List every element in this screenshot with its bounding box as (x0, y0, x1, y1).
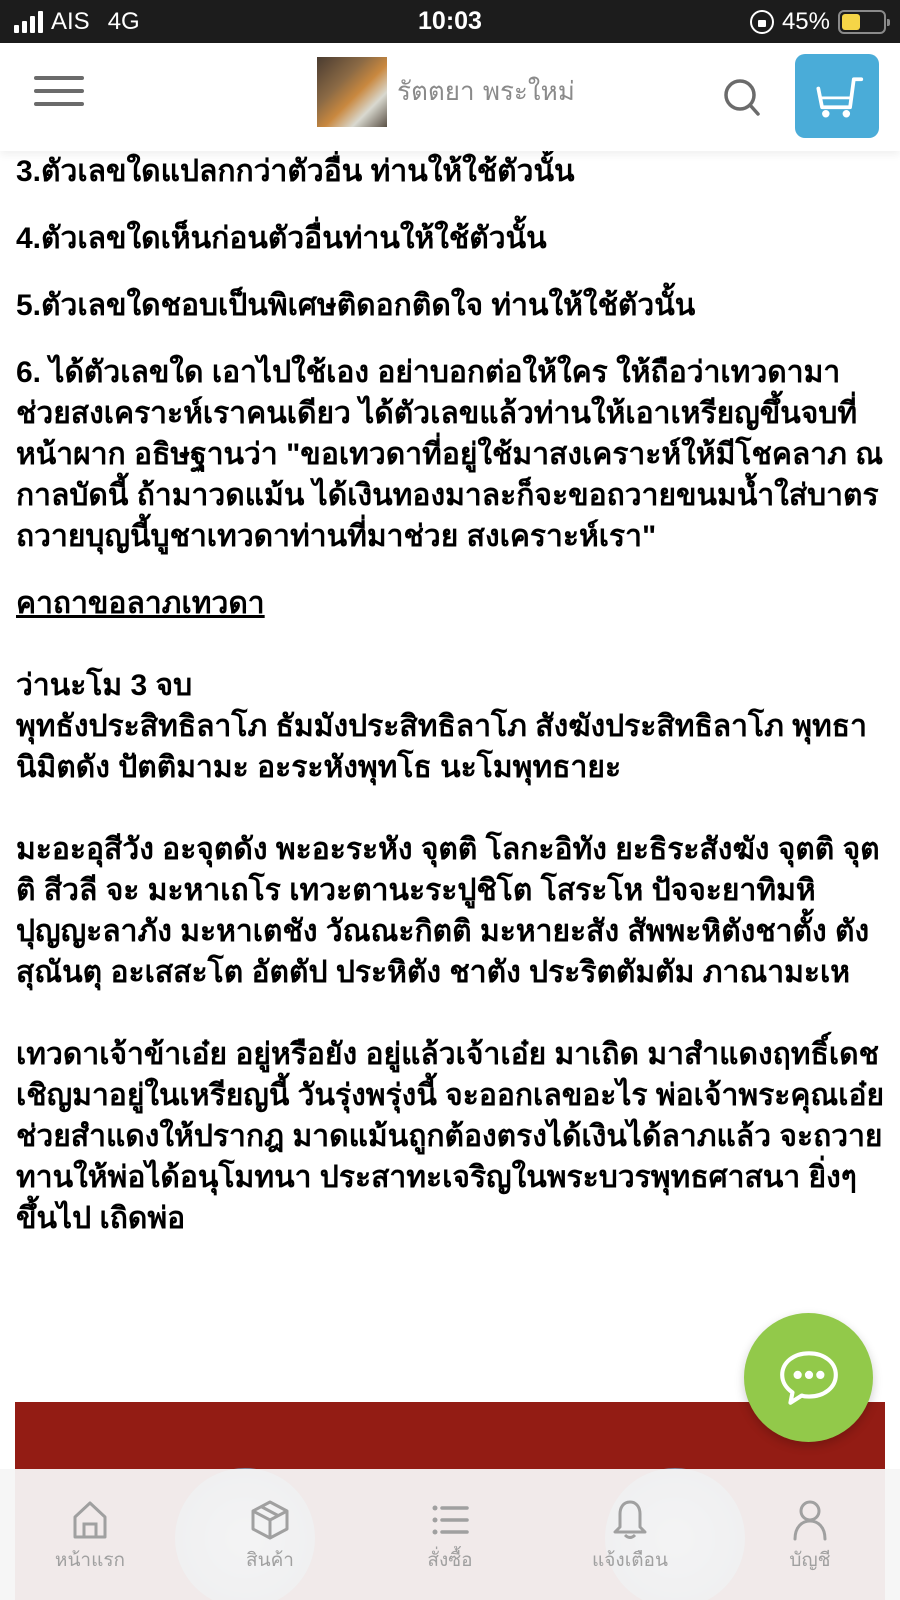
bell-icon (609, 1499, 651, 1541)
tip-item-4: 4.ตัวเลขใดเห็นก่อนตัวอื่นท่านให้ใช้ตัวนั… (16, 218, 886, 259)
nav-orders[interactable]: สั่งซื้อ (360, 1469, 540, 1600)
cart-button[interactable] (795, 54, 879, 138)
rotation-lock-icon (750, 10, 774, 34)
hamburger-menu-icon[interactable] (34, 76, 84, 106)
app-header: รัตตยา พระใหม่ (0, 43, 900, 151)
box-icon (249, 1499, 291, 1541)
battery-icon (838, 10, 886, 34)
battery-percent: 45% (782, 8, 830, 36)
search-icon[interactable] (722, 77, 762, 117)
list-icon (429, 1499, 471, 1541)
status-right: 45% (750, 8, 886, 36)
user-icon (789, 1499, 831, 1541)
nav-notifications-label: แจ้งเตือน (592, 1545, 668, 1575)
store-name[interactable]: รัตตยา พระใหม่ (397, 71, 575, 112)
prayer-paragraph: เทวดาเจ้าข้าเอ๋ย อยู่หรือยัง อยู่แล้วเจ้… (16, 1034, 886, 1239)
chant-paragraph-3: ปุญญะลาภัง มะหาเตชัง วัณณะกิตติ มะหายะสั… (16, 911, 886, 993)
battery-level (842, 14, 860, 30)
nav-home[interactable]: หน้าแรก (0, 1469, 180, 1600)
chat-button[interactable] (744, 1313, 873, 1442)
article-body: 3.ตัวเลขใดแปลกกว่าตัวอื่น ท่านให้ใช้ตัวน… (16, 151, 886, 1239)
nav-products[interactable]: สินค้า (180, 1469, 360, 1600)
nav-account-label: บัญชี (789, 1545, 830, 1575)
tip-item-5: 5.ตัวเลขใดชอบเป็นพิเศษติดอกติดใจ ท่านให้… (16, 285, 886, 326)
nav-home-label: หน้าแรก (55, 1545, 125, 1575)
chant-intro: ว่านะโม 3 จบ (16, 665, 886, 706)
nav-notifications[interactable]: แจ้งเตือน (540, 1469, 720, 1600)
chant-heading: คาถาขอลาภเทวดา (16, 583, 886, 624)
nav-orders-label: สั่งซื้อ (427, 1545, 472, 1575)
home-icon (69, 1499, 111, 1541)
nav-account[interactable]: บัญชี (720, 1469, 900, 1600)
chat-bubble-icon (776, 1345, 842, 1411)
tip-item-6: 6. ได้ตัวเลขใด เอาไปใช้เอง อย่าบอกต่อให้… (16, 352, 886, 557)
nav-products-label: สินค้า (246, 1545, 294, 1575)
store-logo[interactable] (317, 57, 387, 127)
bottom-navigation: หน้าแรก สินค้า สั่งซื้อ แจ้งเตือน บัญชี (0, 1469, 900, 1600)
tip-item-3: 3.ตัวเลขใดแปลกกว่าตัวอื่น ท่านให้ใช้ตัวน… (16, 151, 886, 192)
status-bar: AIS 4G 10:03 45% (0, 0, 900, 43)
chant-paragraph-1: พุทธังประสิทธิลาโภ ธัมมังประสิทธิลาโภ สั… (16, 706, 886, 788)
cart-icon (809, 68, 865, 124)
chant-paragraph-2: มะอะอุสีวัง อะจุตดัง พะอะระหัง จุตติ โลก… (16, 829, 886, 911)
